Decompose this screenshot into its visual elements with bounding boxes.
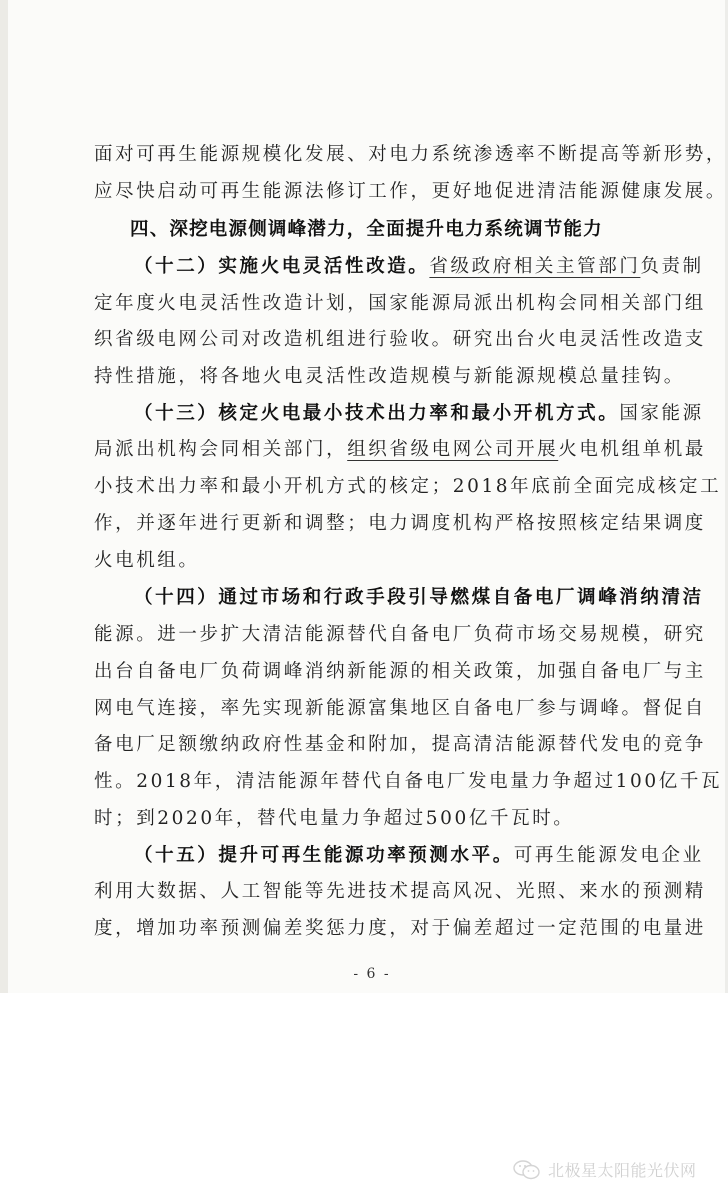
scanned-document-page: 面对可再生能源规模化发展、对电力系统渗透率不断提高等新形势， 应尽快启动可再生能…	[0, 0, 728, 993]
item-number: （十二）	[134, 256, 218, 277]
text-line: 应尽快启动可再生能源法修订工作，更好地促进清洁能源健康发展。	[94, 180, 727, 204]
text-line: 时；到2020年，替代电量力争超过500亿千瓦时。	[94, 807, 574, 831]
text-line: 度，增加功率预测偏差奖惩力度，对于偏差超过一定范围的电量进	[94, 917, 706, 941]
text-fragment: 负责制	[640, 256, 703, 277]
text-line: 性。2018年，清洁能源年替代自备电厂发电量力争超过100亿千瓦	[94, 770, 722, 794]
watermark: 北极星太阳能光伏网	[512, 1158, 697, 1181]
text-line: 定年度火电灵活性改造计划，国家能源局派出机构会同相关部门组	[94, 292, 706, 316]
underlined-text: 省级政府相关主管部门	[429, 256, 640, 277]
item-number: （十四）	[134, 587, 218, 608]
item-title: 通过市场和行政手段引导燃煤自备电厂调峰消纳清洁	[218, 587, 703, 608]
text-line: 备电厂足额缴纳政府性基金和附加，提高清洁能源替代发电的竞争	[94, 733, 706, 757]
text-line: 能源。进一步扩大清洁能源替代自备电厂负荷市场交易规模，研究	[94, 623, 706, 647]
text-fragment: 可再生能源发电企业	[514, 845, 704, 866]
watermark-text: 北极星太阳能光伏网	[548, 1158, 697, 1181]
text-line: 面对可再生能源规模化发展、对电力系统渗透率不断提高等新形势，	[94, 143, 727, 167]
section-heading: 四、深挖电源侧调峰潜力，全面提升电力系统调节能力	[130, 218, 603, 242]
underlined-text: 组织省级电网公司开展	[347, 439, 558, 460]
text-line: 出台自备电厂负荷调峰消纳新能源的相关政策，加强自备电厂与主	[94, 660, 706, 684]
item-title: 提升可再生能源功率预测水平。	[218, 845, 513, 866]
item-number: （十三）	[134, 403, 218, 424]
item-title: 核定火电最小技术出力率和最小开机方式。	[218, 403, 619, 424]
item-15-first-line: （十五）提升可再生能源功率预测水平。可再生能源发电企业	[134, 844, 704, 868]
item-13-second-line: 局派出机构会同相关部门，组织省级电网公司开展火电机组单机最	[94, 438, 706, 462]
item-13-first-line: （十三）核定火电最小技术出力率和最小开机方式。国家能源	[134, 402, 704, 426]
wechat-icon	[512, 1159, 542, 1181]
item-number: （十五）	[134, 845, 218, 866]
text-line: 网电气连接，率先实现新能源富集地区自备电厂参与调峰。督促自	[94, 697, 706, 721]
item-title: 实施火电灵活性改造。	[218, 256, 429, 277]
text-line: 作，并逐年进行更新和调整；电力调度机构严格按照核定结果调度	[94, 512, 706, 536]
page-number: - 6 -	[8, 966, 728, 982]
text-line: 织省级电网公司对改造机组进行验收。研究出台火电灵活性改造支	[94, 328, 706, 352]
text-line: 小技术出力率和最小开机方式的核定；2018年底前全面完成核定工	[94, 475, 721, 499]
text-line: 持性措施，将各地火电灵活性改造规模与新能源规模总量挂钩。	[94, 365, 685, 389]
item-12-first-line: （十二）实施火电灵活性改造。省级政府相关主管部门负责制	[134, 255, 704, 279]
text-fragment: 国家能源	[619, 403, 703, 424]
text-line: 火电机组。	[94, 549, 200, 573]
text-line: 利用大数据、人工智能等先进技术提高风况、光照、来水的预测精	[94, 880, 706, 904]
item-14-first-line: （十四）通过市场和行政手段引导燃煤自备电厂调峰消纳清洁	[134, 586, 704, 610]
text-fragment: 局派出机构会同相关部门，	[94, 439, 347, 460]
text-fragment: 火电机组单机最	[558, 439, 706, 460]
